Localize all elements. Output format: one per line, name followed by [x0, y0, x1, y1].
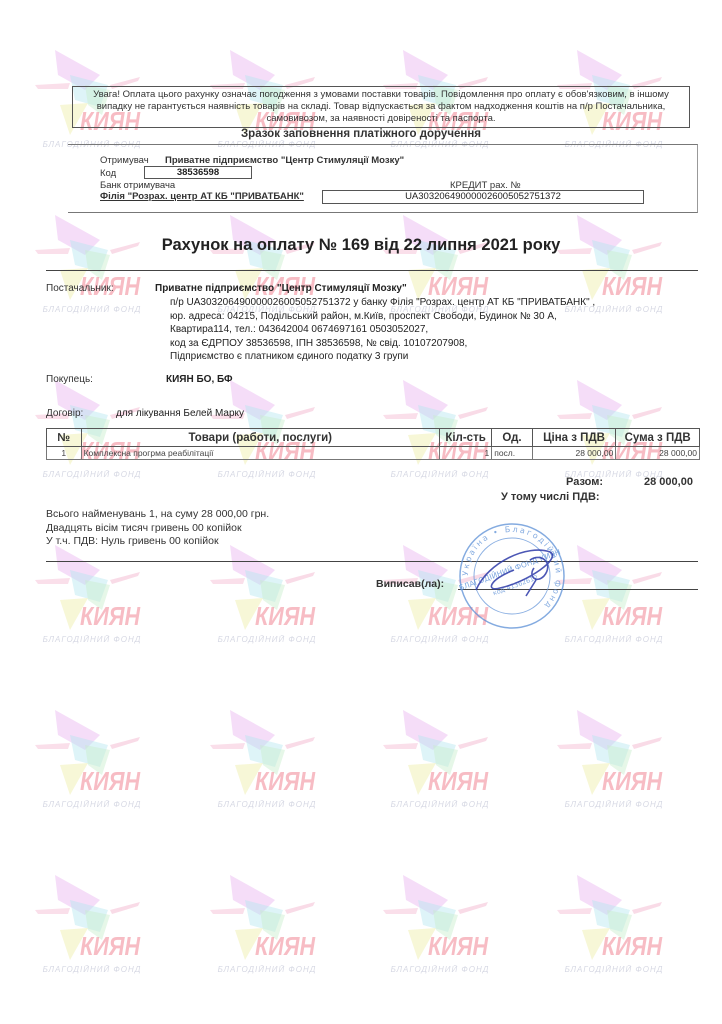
- col-unit: Од.: [492, 429, 533, 447]
- summary-divider: [46, 561, 698, 562]
- supplier-details: п/р UA303206490000026005052751372 у банк…: [170, 296, 595, 364]
- col-goods: Товари (работи, послуги): [81, 429, 439, 447]
- table-row: 1 Комплексна прогрма реабілітації 1 посл…: [47, 447, 700, 460]
- items-table: № Товари (работи, послуги) Кіл-сть Од. Ц…: [46, 428, 700, 460]
- cell-goods: Комплексна прогрма реабілітації: [81, 447, 439, 460]
- code-label: Код: [100, 168, 116, 179]
- contract-label: Договір:: [46, 408, 83, 419]
- vat-label: У тому числі ПДВ:: [501, 491, 600, 503]
- col-sum: Сума з ПДВ: [616, 429, 700, 447]
- bank-label: Банк отримувача: [100, 180, 175, 191]
- col-number: №: [47, 429, 82, 447]
- company-stamp: Україна • Благодійний фонд БЛАГОДІЙНИЙ Ф…: [458, 522, 566, 630]
- summary-line: Всього найменувань 1, на суму 28 000,00 …: [46, 508, 269, 522]
- invoice-title: Рахунок на оплату № 169 від 22 липня 202…: [0, 236, 722, 255]
- col-quantity: Кіл-сть: [439, 429, 491, 447]
- buyer-value: КИЯН БО, БФ: [166, 373, 233, 387]
- payment-sample-title: Зразок заповнення платіжного доручення: [0, 128, 722, 140]
- supplier-name: Приватне підприємство "Центр Стимуляції …: [155, 282, 407, 296]
- summary-line: Двадцять вісім тисяч гривень 00 копійок: [46, 522, 269, 536]
- bank-value: Філія "Розрах. центр АТ КБ "ПРИВАТБАНК": [100, 191, 304, 202]
- cell-unit: посл.: [492, 447, 533, 460]
- cell-number: 1: [47, 447, 82, 460]
- signature-label: Виписав(ла):: [376, 578, 444, 590]
- title-divider: [46, 270, 698, 271]
- supplier-line: юр. адреса: 04215, Подільський район, м.…: [170, 310, 595, 324]
- total-label: Разом:: [566, 476, 603, 488]
- total-value: 28 000,00: [644, 476, 693, 488]
- payment-notice: Увага! Оплата цього рахунку означає пого…: [72, 86, 690, 128]
- invoice-summary: Всього найменувань 1, на суму 28 000,00 …: [46, 508, 269, 549]
- cell-sum: 28 000,00: [616, 447, 700, 460]
- supplier-line: Підприємство є платником єдиного податку…: [170, 350, 595, 364]
- summary-line: У т.ч. ПДВ: Нуль гривень 00 копійок: [46, 535, 269, 549]
- buyer-label: Покупець:: [46, 374, 93, 385]
- recipient-value: Приватне підприємство "Центр Стимуляції …: [165, 155, 404, 166]
- col-price: Ціна з ПДВ: [532, 429, 616, 447]
- cell-quantity: 1: [439, 447, 491, 460]
- invoice-document: Увага! Оплата цього рахунку означає пого…: [0, 0, 722, 1024]
- supplier-line: п/р UA303206490000026005052751372 у банк…: [170, 296, 595, 310]
- supplier-label: Постачальник:: [46, 283, 114, 294]
- supplier-line: Квартира114, тел.: 043642004 0674697161 …: [170, 323, 595, 337]
- code-value-box: 38536598: [144, 166, 252, 179]
- cell-price: 28 000,00: [532, 447, 616, 460]
- recipient-label: Отримувач: [100, 155, 149, 166]
- credit-account-box: UA303206490000026005052751372: [322, 190, 644, 204]
- contract-value: для лікування Белей Марку: [116, 407, 244, 421]
- supplier-line: код за ЄДРПОУ 38536598, ІПН 38536598, № …: [170, 337, 595, 351]
- table-header-row: № Товари (работи, послуги) Кіл-сть Од. Ц…: [47, 429, 700, 447]
